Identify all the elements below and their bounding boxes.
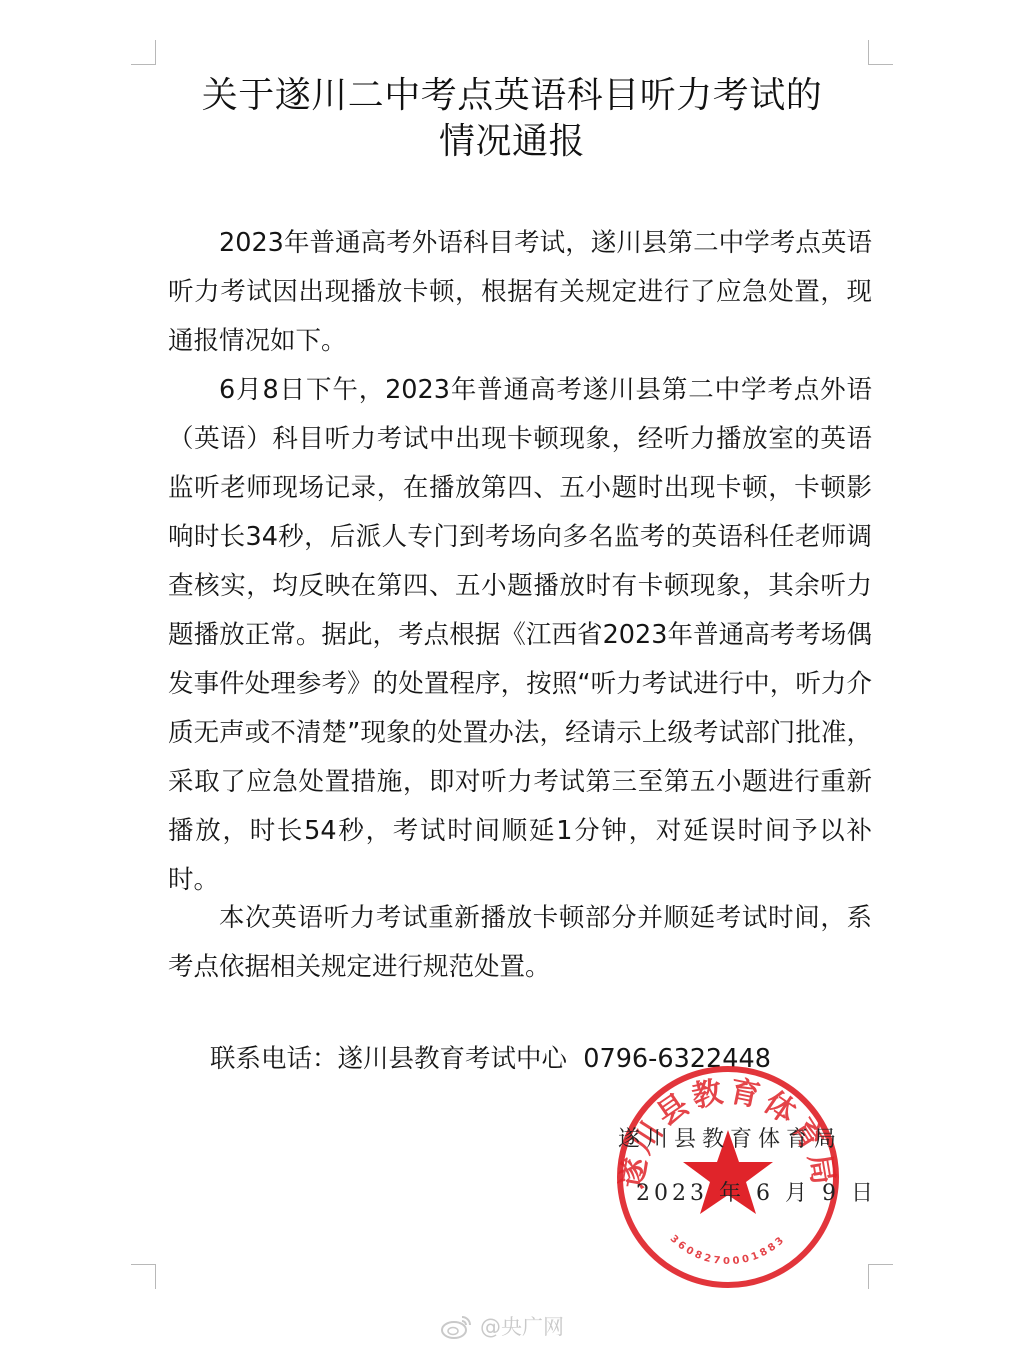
date-day-suffix: 日 bbox=[851, 1176, 877, 1207]
paragraph-intro: 2023年普通高考外语科目考试，遂川县第二中学考点英语听力考试因出现播放卡顿，根… bbox=[168, 219, 872, 366]
paragraph-intro-text: 2023年普通高考外语科目考试，遂川县第二中学考点英语听力考试因出现播放卡顿，根… bbox=[168, 219, 872, 366]
date-year: 2023 bbox=[636, 1181, 708, 1206]
paragraph-details-text: 6月8日下午，2023年普通高考遂川县第二中学考点外语（英语）科目听力考试中出现… bbox=[168, 366, 872, 905]
source-watermark: @央广网 bbox=[440, 1310, 564, 1342]
crop-mark-top-left bbox=[131, 40, 156, 65]
weibo-icon bbox=[440, 1312, 474, 1340]
date-day: 9 bbox=[822, 1181, 840, 1206]
document-title-line1: 关于遂川二中考点英语科目听力考试的 bbox=[0, 74, 1024, 118]
crop-mark-bottom-left bbox=[131, 1264, 156, 1289]
crop-mark-bottom-right bbox=[868, 1264, 893, 1289]
date-month: 6 bbox=[756, 1181, 774, 1206]
svg-text:3608270001883: 3608270001883 bbox=[668, 1233, 789, 1267]
document-title-line2: 情况通报 bbox=[0, 120, 1024, 164]
watermark-text: @央广网 bbox=[480, 1311, 564, 1341]
signature-date: 2023 年 6 月 9 日 bbox=[636, 1176, 877, 1207]
date-month-suffix: 月 bbox=[785, 1176, 811, 1207]
contact-org: 遂川县教育考试中心 bbox=[338, 1044, 568, 1074]
crop-mark-top-right bbox=[868, 40, 893, 65]
contact-label: 联系电话： bbox=[210, 1044, 338, 1074]
signature-organization: 遂川县教育体育局 bbox=[618, 1122, 842, 1153]
paragraph-conclusion: 本次英语听力考试重新播放卡顿部分并顺延考试时间，系考点依据相关规定进行规范处置。 bbox=[168, 894, 872, 992]
date-year-suffix: 年 bbox=[719, 1176, 745, 1207]
stamp-serial: 3608270001883 bbox=[668, 1233, 789, 1267]
paragraph-details: 6月8日下午，2023年普通高考遂川县第二中学考点外语（英语）科目听力考试中出现… bbox=[168, 366, 872, 905]
paragraph-conclusion-text: 本次英语听力考试重新播放卡顿部分并顺延考试时间，系考点依据相关规定进行规范处置。 bbox=[168, 894, 872, 992]
